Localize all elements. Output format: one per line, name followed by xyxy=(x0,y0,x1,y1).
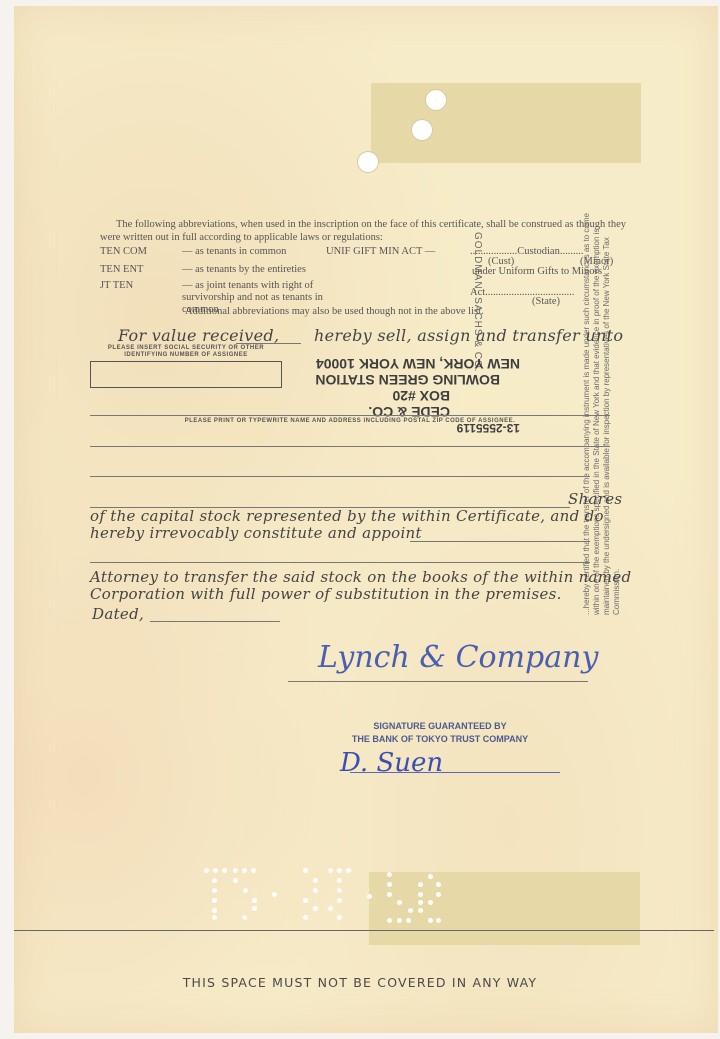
name-address-line xyxy=(90,415,610,416)
additional-abbreviations: Additional abbreviations may also be use… xyxy=(185,306,484,318)
punch-hole xyxy=(358,152,378,172)
signature-guarantee-stamp: SIGNATURE GUARANTEED BY THE BANK OF TOKY… xyxy=(300,720,580,746)
shares-label: Shares xyxy=(568,490,622,508)
guarantee-line-2: THE BANK OF TOKYO TRUST COMPANY xyxy=(300,733,580,746)
state-label: (State) xyxy=(532,296,560,308)
abbr-code: TEN ENT xyxy=(100,264,143,276)
unif-gift-label: UNIF GIFT MIN ACT — xyxy=(326,246,435,258)
abbr-code: TEN COM xyxy=(100,246,147,258)
address-line-2 xyxy=(90,446,610,447)
ssn-input-box[interactable] xyxy=(90,361,282,388)
bottom-rule xyxy=(14,930,714,931)
attorney-name-line xyxy=(410,541,590,542)
attorney-text: Attorney to transfer the said stock on t… xyxy=(90,568,631,586)
footer-notice: THIS SPACE MUST NOT BE COVERED IN ANY WA… xyxy=(0,975,720,990)
ssn-label-2: IDENTIFYING NUMBER OF ASSIGNEE xyxy=(86,352,286,358)
custodian-text: Custodian xyxy=(517,246,560,257)
ssn-label-1: PLEASE INSERT SOCIAL SECURITY OR OTHER xyxy=(86,345,286,351)
capital-stock-text: of the capital stock represented by the … xyxy=(90,507,604,525)
abbr-code: JT TEN xyxy=(100,280,133,292)
abbreviations-intro: The following abbreviations, when used i… xyxy=(100,218,640,244)
abbr-meaning: — as tenants in common xyxy=(182,246,286,258)
hereby-transfer-text: hereby sell, assign and transfer unto xyxy=(314,326,623,345)
abbr-meaning: — as tenants by the entireties xyxy=(182,264,306,276)
punch-hole xyxy=(426,90,446,110)
dated-label: Dated, xyxy=(92,605,144,623)
address-line-3 xyxy=(90,476,590,477)
guarantee-signature-line xyxy=(350,772,560,773)
attorney-line-2 xyxy=(90,562,590,563)
corporation-text: Corporation with full power of substitut… xyxy=(90,585,562,603)
punch-hole xyxy=(412,120,432,140)
stamp-line: BOWLING GREEN STATION xyxy=(300,372,500,388)
irrevocably-text: hereby irrevocably constitute and appoin… xyxy=(90,524,422,542)
handwritten-signature: Lynch & Company xyxy=(318,640,598,675)
goldman-sachs-stamp: GOLDMAN, SACHS & CO. xyxy=(472,232,483,373)
stamp-line: BOX #20 xyxy=(300,388,450,404)
tape-top xyxy=(371,83,641,163)
name-address-label: PLEASE PRINT OR TYPEWRITE NAME AND ADDRE… xyxy=(90,418,610,424)
guarantor-signature: D. Suen xyxy=(340,748,443,778)
tax-exemption-notice: ...hereby certified that the transfer of… xyxy=(582,195,642,615)
date-line xyxy=(150,621,280,622)
assignor-line xyxy=(236,343,301,344)
signature-line xyxy=(288,681,588,682)
cede-co-stamp: 13-2555119 CEDE & CO. BOX #20 BOWLING GR… xyxy=(300,356,580,436)
guarantee-line-1: SIGNATURE GUARANTEED BY xyxy=(300,720,580,733)
stamp-line: NEW YORK, NEW YORK 10004 xyxy=(300,356,520,372)
